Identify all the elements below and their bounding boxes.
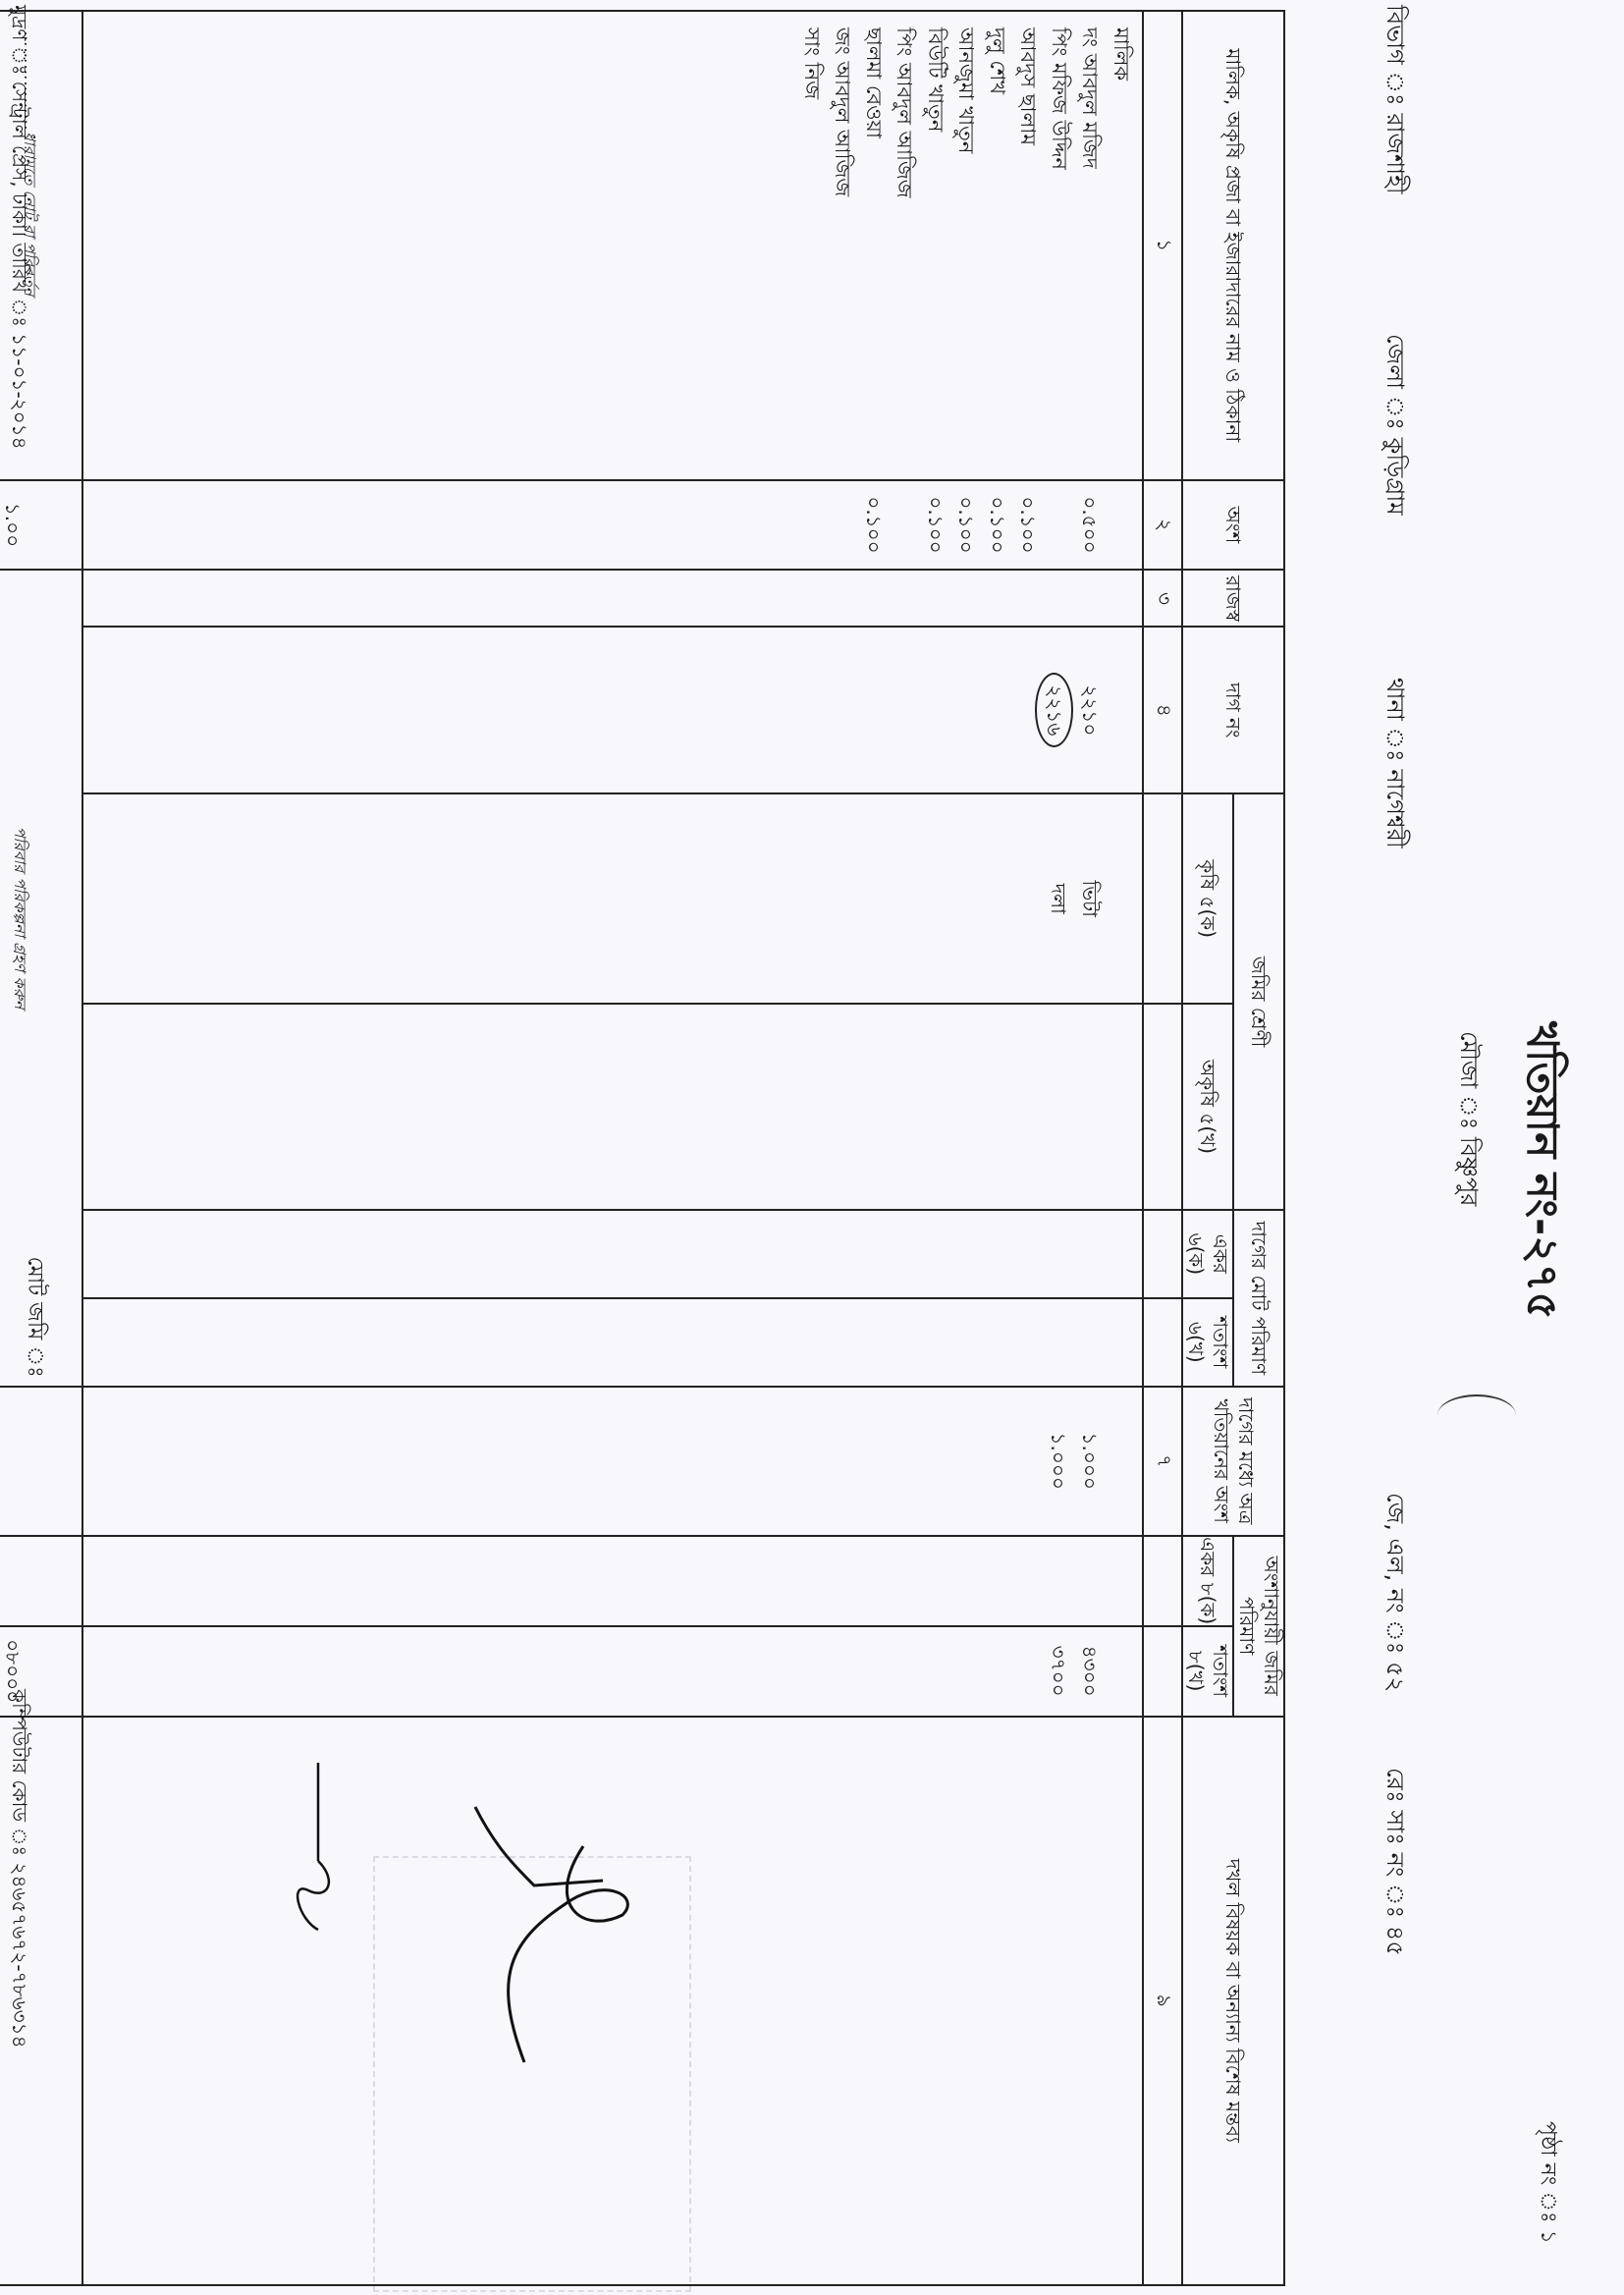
division: বিভাগ ঃ রাজশাহী	[1374, 5, 1413, 194]
jl-number: জে, এল, নং ঃ ৫২	[1374, 1493, 1413, 1692]
share-value: ০.১০০	[1012, 481, 1044, 570]
owner-entry: সাং নিজ	[796, 12, 828, 479]
header-acre-6: একর ৬(ক)	[1182, 1210, 1233, 1298]
col-number-9: ৯	[1143, 1717, 1182, 2285]
district: জেলা ঃ কুড়িগ্রাম	[1374, 334, 1413, 516]
family-planning-cell: পরিবার পরিকল্পনা গ্রহণ করুন মোট জমি ঃ	[0, 570, 82, 1386]
header-share: অংশ	[1182, 480, 1284, 571]
printer-info: মুদ্রণ ঃ সেন্ট্রাল প্রেস, ঢাকা। তারিখ ঃ …	[1, 5, 33, 450]
signature-icon	[387, 1787, 642, 2082]
land-class-values: ভিটা দলা	[82, 793, 1143, 1004]
share-value: ০.১০০	[858, 481, 890, 570]
col-number-7: ৭	[1143, 1387, 1182, 1536]
owner-entry: আবদুস ছালাম	[1012, 12, 1044, 479]
khatian-share-values: ১.০০০ ১.০০০	[82, 1387, 1143, 1536]
dag-number: ২২১০	[1074, 628, 1106, 792]
owner-entry: দং আবদুল মজিদ	[1074, 12, 1106, 479]
share-value: ০.১০০	[920, 481, 951, 570]
header-remarks: দখল বিষয়ক বা অন্যান্য বিশেষ মন্তব্য	[1182, 1717, 1284, 2285]
col-number-4: ৪	[1143, 627, 1182, 793]
owner-entry: মালিক	[1106, 12, 1137, 479]
shotangsho-values: ৪৩০০ ৩৭০০	[82, 1626, 1143, 1717]
owner-entry: পিং মফিজ উদ্দিন	[1044, 12, 1075, 479]
owner-entry: বিউটি খাতুন	[920, 12, 951, 479]
header-revenue: রাজস্ব	[1182, 570, 1284, 627]
computer-code: কম্পিউটার কোড ঃ ২৪৬৫৭৬৭২-৭৮৬৩১৪	[1, 1689, 33, 2049]
page-number: পৃষ্ঠা নং ঃ ১	[1529, 2121, 1565, 2244]
header-acre-8: একর ৮(ক)	[1182, 1536, 1233, 1626]
owner-entry: ছালমা বেওয়া	[858, 12, 890, 479]
land-class: দলা	[1043, 794, 1074, 1003]
dag-number-circled: ২২১৬	[1035, 673, 1074, 747]
khatian-share: ১.০০০	[1043, 1388, 1074, 1535]
header-shotangsho-8: শতাংশ ৮(খ)	[1182, 1626, 1233, 1717]
col-number-3: ৩	[1143, 570, 1182, 627]
header-land-by-share: অংশানুযায়ী জমির পরিমাণ	[1233, 1536, 1284, 1717]
land-class: ভিটা	[1074, 794, 1106, 1003]
header-land-class: জমির শ্রেণী	[1233, 793, 1284, 1210]
share-value: ০.১০০	[950, 481, 982, 570]
header-owner: মালিক, অকৃষি প্রজা বা ইজারাদারের নাম ও ঠ…	[1182, 11, 1284, 480]
owner-entry: আনজুমা খাতুন	[950, 12, 982, 479]
share-values: ০.৫০০ ০.১০০ ০.১০০ ০.১০০ ০.১০০ ০.১০০	[82, 480, 1143, 571]
dag-values: ২২১০ ২২১৬	[82, 627, 1143, 793]
share-total: ১.০০	[0, 480, 82, 571]
mouza: মৌজা ঃ বিষ্ণুপুর	[1447, 1031, 1487, 1206]
thana: থানা ঃ নাগেশ্বরী	[1374, 678, 1413, 848]
owner-entry: জং আবদুল আজিজ	[827, 12, 858, 479]
owner-list: মালিক দং আবদুল মজিদ পিং মফিজ উদ্দিন আবদু…	[82, 11, 1143, 480]
shotangsho-value: ৩৭০০	[1043, 1627, 1074, 1716]
header-krishi: কৃষি ৫(ক)	[1182, 793, 1233, 1004]
initials-signature-icon	[269, 1753, 357, 1940]
handwritten-mark	[1437, 1394, 1516, 1436]
header-dag-total: দাগের মোট পরিমাণ	[1233, 1210, 1284, 1387]
family-planning-slogan: পরিবার পরিকল্পনা গ্রহণ করুন	[6, 826, 32, 1009]
khatian-share: ১.০০০	[1074, 1388, 1106, 1535]
share-value: ০.১০০	[982, 481, 1013, 570]
col-number-1: ১	[1143, 11, 1182, 480]
total-land-label: মোট জমি ঃ	[16, 1257, 52, 1378]
header-okrishi: অকৃষি ৫(খ)	[1182, 1004, 1233, 1210]
re-sa-number: রেঃ সাঃ নং ঃ ৪৫	[1374, 1768, 1413, 1956]
header-shotangsho-6: শতাংশ ৬(খ)	[1182, 1298, 1233, 1387]
owner-entry: পিং আবদুল আজিজ	[889, 12, 920, 479]
header-dag-no: দাগ নং	[1182, 627, 1284, 793]
owner-entry: দুলু শেখ	[982, 12, 1013, 479]
khatian-document: খতিয়ান নং-২৭৫ পৃষ্ঠা নং ঃ ১ মৌজা ঃ বিষ্…	[0, 0, 1624, 2295]
col-number-2: ২	[1143, 480, 1182, 571]
share-value: ০.৫০০	[1074, 481, 1106, 570]
document-title: খতিয়ান নং-২৭৫	[1503, 1021, 1575, 1320]
shotangsho-value: ৪৩০০	[1074, 1627, 1106, 1716]
header-khatian-share: দাগের মধ্যে অত্র খতিয়ানের অংশ	[1182, 1387, 1284, 1536]
